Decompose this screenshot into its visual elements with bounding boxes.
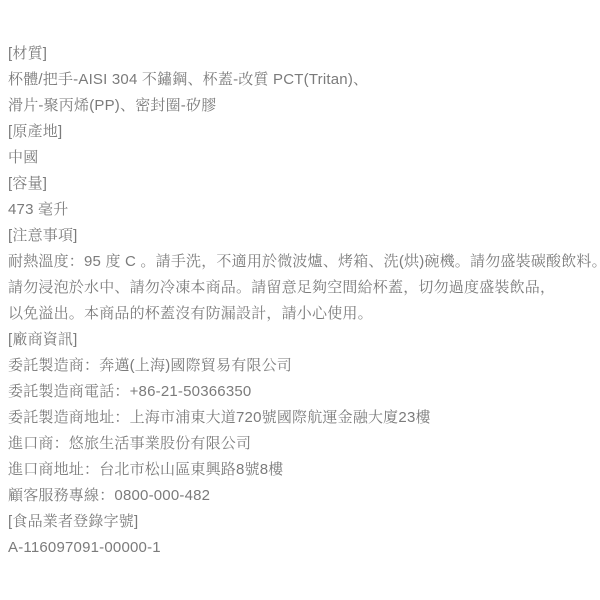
importer-address: 進口商地址：台北市松山區東興路8號8樓 xyxy=(8,457,596,483)
product-spec-document: [材質] 杯體/把手-AISI 304 不鏽鋼、杯蓋-改質 PCT(Tritan… xyxy=(8,41,596,561)
section-header-precautions: [注意事項] xyxy=(8,223,596,249)
importer-name: 進口商：悠旅生活事業股份有限公司 xyxy=(8,431,596,457)
section-header-food-registration: [食品業者登錄字號] xyxy=(8,509,596,535)
precautions-line-1: 耐熱溫度：95 度 C 。請手洗，不適用於微波爐、烤箱、洗(烘)碗機。請勿盛裝碳… xyxy=(8,249,596,275)
manufacturer-name: 委託製造商：奔邁(上海)國際貿易有限公司 xyxy=(8,353,596,379)
section-header-manufacturer-info: [廠商資訊] xyxy=(8,327,596,353)
manufacturer-phone: 委託製造商電話：+86-21-50366350 xyxy=(8,379,596,405)
precautions-line-3: 以免溢出。本商品的杯蓋沒有防漏設計，請小心使用。 xyxy=(8,301,596,327)
section-header-material: [材質] xyxy=(8,41,596,67)
capacity-value: 473 毫升 xyxy=(8,197,596,223)
food-registration-number: A-116097091-00000-1 xyxy=(8,535,596,561)
origin-value: 中國 xyxy=(8,145,596,171)
section-header-origin: [原產地] xyxy=(8,119,596,145)
manufacturer-address: 委託製造商地址：上海市浦東大道720號國際航運金融大廈23樓 xyxy=(8,405,596,431)
section-header-capacity: [容量] xyxy=(8,171,596,197)
customer-service-line: 顧客服務專線：0800-000-482 xyxy=(8,483,596,509)
precautions-line-2: 請勿浸泡於水中、請勿冷凍本商品。請留意足夠空間給杯蓋，切勿過度盛裝飲品， xyxy=(8,275,596,301)
product-page-viewport: [材質] 杯體/把手-AISI 304 不鏽鋼、杯蓋-改質 PCT(Tritan… xyxy=(0,0,600,600)
material-line-body-handle: 杯體/把手-AISI 304 不鏽鋼、杯蓋-改質 PCT(Tritan)、 xyxy=(8,67,596,93)
material-line-slider-seal: 滑片-聚丙烯(PP)、密封圈-矽膠 xyxy=(8,93,596,119)
